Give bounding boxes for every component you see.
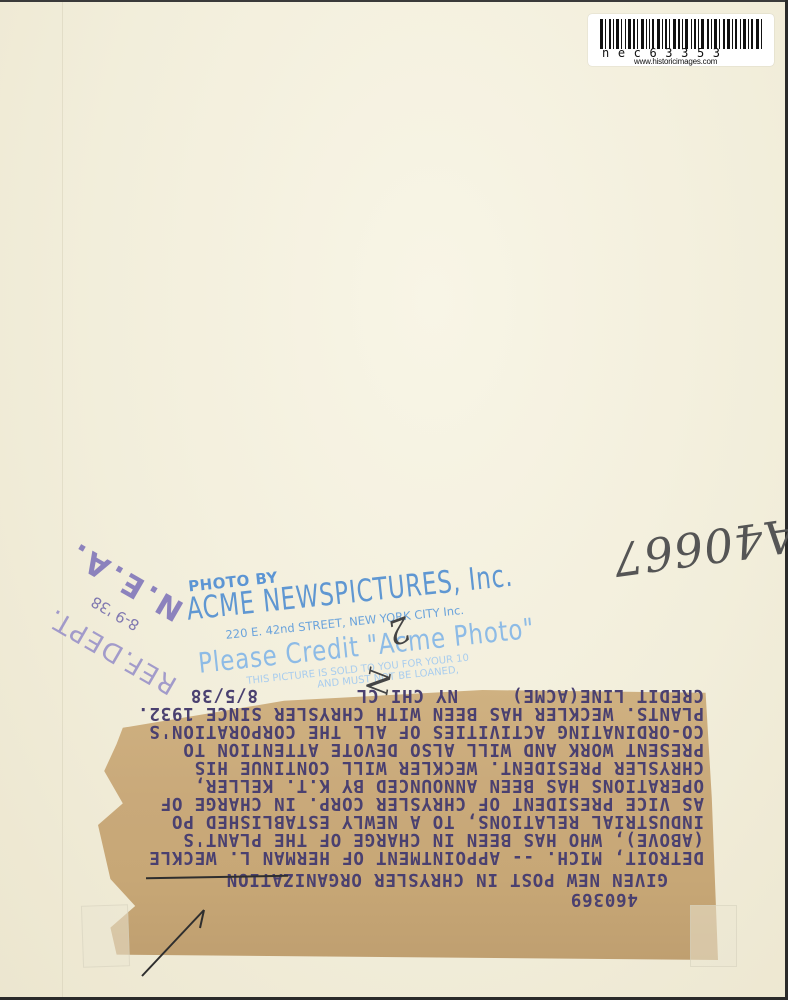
clipping-id: 460369	[570, 890, 638, 908]
clipping-line-1: DETROIT, MICH. -- APPOINTMENT OF HERMAN …	[149, 848, 704, 866]
top-edge	[0, 0, 788, 2]
pen-arrow-icon	[138, 900, 228, 980]
clipping-bureaus: NY CHI CL	[356, 686, 458, 704]
clipping-line-3: INDUSTRIAL RELATIONS, TO A NEWLY ESTABLI…	[171, 812, 704, 830]
barcode-url: www.historicimages.com	[634, 58, 717, 66]
clipping-line-4: AS VICE PRESIDENT OF CHRYSLER CORP. IN C…	[160, 794, 704, 812]
barcode-label: nec63353 www.historicimages.com	[588, 14, 774, 66]
clipping-line-6: CHRYSLER PRESIDENT. WECKLER WILL CONTINU…	[194, 758, 704, 776]
clipping-line-2: (ABOVE), WHO HAS BEEN IN CHARGE OF THE P…	[183, 830, 704, 848]
clipping-line-9: PLANTS. WECKLER HAS BEEN WITH CHRYSLER S…	[137, 704, 704, 722]
clipping-line-7: PRESENT WORK AND WILL ALSO DEVOTE ATTENT…	[183, 740, 704, 758]
clipping-headline: GIVEN NEW POST IN CHRYSLER ORGANIZATION	[226, 870, 668, 888]
clipping-line-5: OPERATIONS HAS BEEN ANNOUNCED BY K.T. KE…	[194, 776, 704, 794]
clipping-credit-line: CREDIT LINE(ACME)	[511, 686, 704, 704]
barcode-icon	[600, 19, 762, 49]
clipping-line-8: CO-ORDINATING ACTIVITIES OF ALL THE CORP…	[149, 722, 704, 740]
clipping-date: 8/5/38	[190, 686, 258, 704]
